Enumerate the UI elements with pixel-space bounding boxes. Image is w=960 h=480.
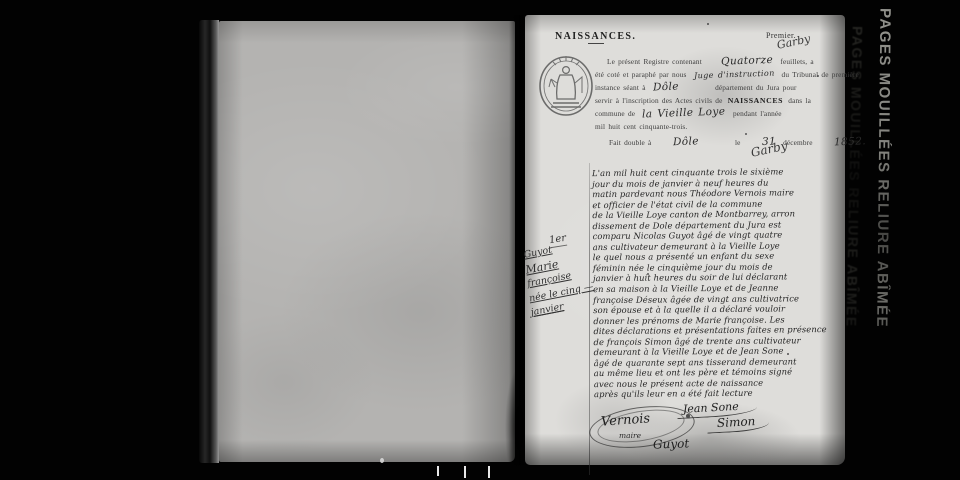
- page-title: NAISSANCES.: [555, 31, 636, 44]
- birth-act-handwritten-text: L'an mil huit cent cinquante trois le si…: [592, 166, 844, 400]
- preamble-line: été coté et paraphé par nous Juge d'inst…: [595, 68, 841, 81]
- act-margin-note: 1er GuyotMariefrançoisenée le cinq —janv…: [525, 225, 592, 321]
- handwritten-insert: Dôle: [653, 81, 679, 95]
- film-frame-tick: [464, 466, 466, 478]
- act-text-line: après qu'ils leur en a été fait lecture: [594, 387, 844, 400]
- book-page-stack-edge: [199, 20, 219, 463]
- film-frame-tick: [437, 466, 439, 476]
- act-text-line: dites déclarations et présentations fait…: [593, 324, 843, 337]
- mayor-title: maire: [619, 431, 641, 440]
- printed-text: mil huit cent cinquante-trois.: [595, 122, 687, 131]
- archive-condition-strip-outer: PAGES MOUILLÉES RELIURE ABÎMÉE: [872, 8, 894, 480]
- microfilm-scan-frame: NAISSANCES. Premier. Garby Le présent Re…: [0, 0, 960, 480]
- film-frame-tick: [488, 466, 490, 478]
- printed-text: instance séant à: [595, 83, 646, 92]
- printed-text: département du Jura pour: [715, 83, 797, 92]
- printed-preamble: Le présent Registre contenant Quatorze f…: [595, 55, 841, 149]
- printed-text: le: [735, 138, 741, 147]
- right-register-page: NAISSANCES. Premier. Garby Le présent Re…: [525, 15, 845, 465]
- film-glint-speck: [380, 458, 384, 463]
- handwritten-insert: la Vieille Loye: [642, 106, 726, 122]
- printed-text: été coté et paraphé par nous: [595, 70, 686, 79]
- preamble-date-line: Fait double à Dôle le 31 décembre 1852.: [595, 136, 841, 149]
- signature-witness-simon: Simon: [707, 413, 770, 433]
- preamble-line: Le présent Registre contenant Quatorze f…: [595, 55, 841, 68]
- printed-text: Fait double à: [609, 138, 651, 147]
- preamble-line: mil huit cent cinquante-trois.: [595, 120, 841, 133]
- left-blank-page: [219, 21, 515, 462]
- printed-text: dans la: [788, 96, 811, 105]
- printed-text: du Tribunal de première: [782, 70, 859, 79]
- printed-text: commune de: [595, 109, 635, 118]
- handwritten-insert: Dôle: [658, 135, 698, 149]
- printed-text: décembre: [783, 138, 813, 147]
- preamble-line: instance séant à Dôle département du Jur…: [595, 81, 841, 94]
- margin-note-lines: GuyotMariefrançoisenée le cinq —janvier: [523, 241, 593, 321]
- justice-seal-stamp: [537, 53, 595, 119]
- paper-age-specks: [707, 23, 709, 25]
- printed-text: Le présent Registre contenant: [607, 57, 702, 66]
- printed-bold-word: NAISSANCES: [728, 96, 783, 105]
- printed-text: pendant l'année: [733, 109, 782, 118]
- preamble-line: commune de la Vieille Loye pendant l'ann…: [595, 107, 841, 120]
- printed-text: servir à l'inscription des Actes civils …: [595, 96, 723, 105]
- signature-father-guyot: Guyot: [653, 436, 690, 451]
- printed-text: feuillets, a: [780, 57, 813, 66]
